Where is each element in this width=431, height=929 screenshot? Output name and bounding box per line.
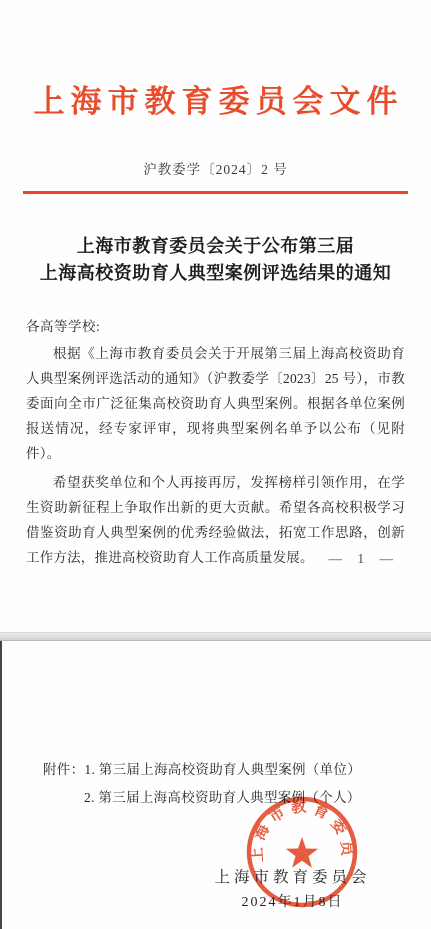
red-divider-rule <box>23 191 408 194</box>
notice-title-line-1: 上海市教育委员会关于公布第三届 <box>0 233 431 260</box>
seal-star-icon <box>286 837 318 868</box>
document-number: 沪教委学〔2024〕2 号 <box>0 158 431 178</box>
document-page-1: 上海市教育委员会文件 沪教委学〔2024〕2 号 上海市教育委员会关于公布第三届… <box>0 0 431 633</box>
document-page-2: 附件：1. 第三届上海高校资助育人典型案例（单位） 2. 第三届上海高校资助育人… <box>0 641 431 929</box>
seal-ring <box>249 799 355 905</box>
notice-title-line-2: 上海高校资助育人典型案例评选结果的通知 <box>0 260 431 287</box>
attachment-label: 附件： <box>43 762 84 777</box>
notice-title: 上海市教育委员会关于公布第三届 上海高校资助育人典型案例评选结果的通知 <box>0 233 431 287</box>
attachment-item-1-text: 1. 第三届上海高校资助育人典型案例（单位） <box>84 762 361 777</box>
attachment-list: 附件：1. 第三届上海高校资助育人典型案例（单位） 2. 第三届上海高校资助育人… <box>43 756 361 812</box>
scan-edge-artifact <box>0 641 2 929</box>
issue-date: 2024年1月8日 <box>180 891 405 911</box>
page-separator <box>0 632 431 641</box>
salutation: 各高等学校: <box>26 314 405 339</box>
page-number: — 1 — <box>329 551 400 567</box>
notice-body: 各高等学校: 根据《上海市教育委员会关于开展第三届上海高校资助育人典型案例评选活… <box>26 314 405 570</box>
attachment-item-1: 附件：1. 第三届上海高校资助育人典型案例（单位） <box>43 756 361 784</box>
issuer-signature: 上海市教育委员会 <box>180 865 405 887</box>
attachment-item-2: 2. 第三届上海高校资助育人典型案例（个人） <box>43 784 361 812</box>
agency-header-title: 上海市教育委员会文件 <box>0 76 431 121</box>
paragraph-1: 根据《上海市教育委员会关于开展第三届上海高校资助育人典型案例评选活动的通知》（沪… <box>26 341 405 466</box>
scanned-document: 上海市教育委员会文件 沪教委学〔2024〕2 号 上海市教育委员会关于公布第三届… <box>0 0 431 929</box>
